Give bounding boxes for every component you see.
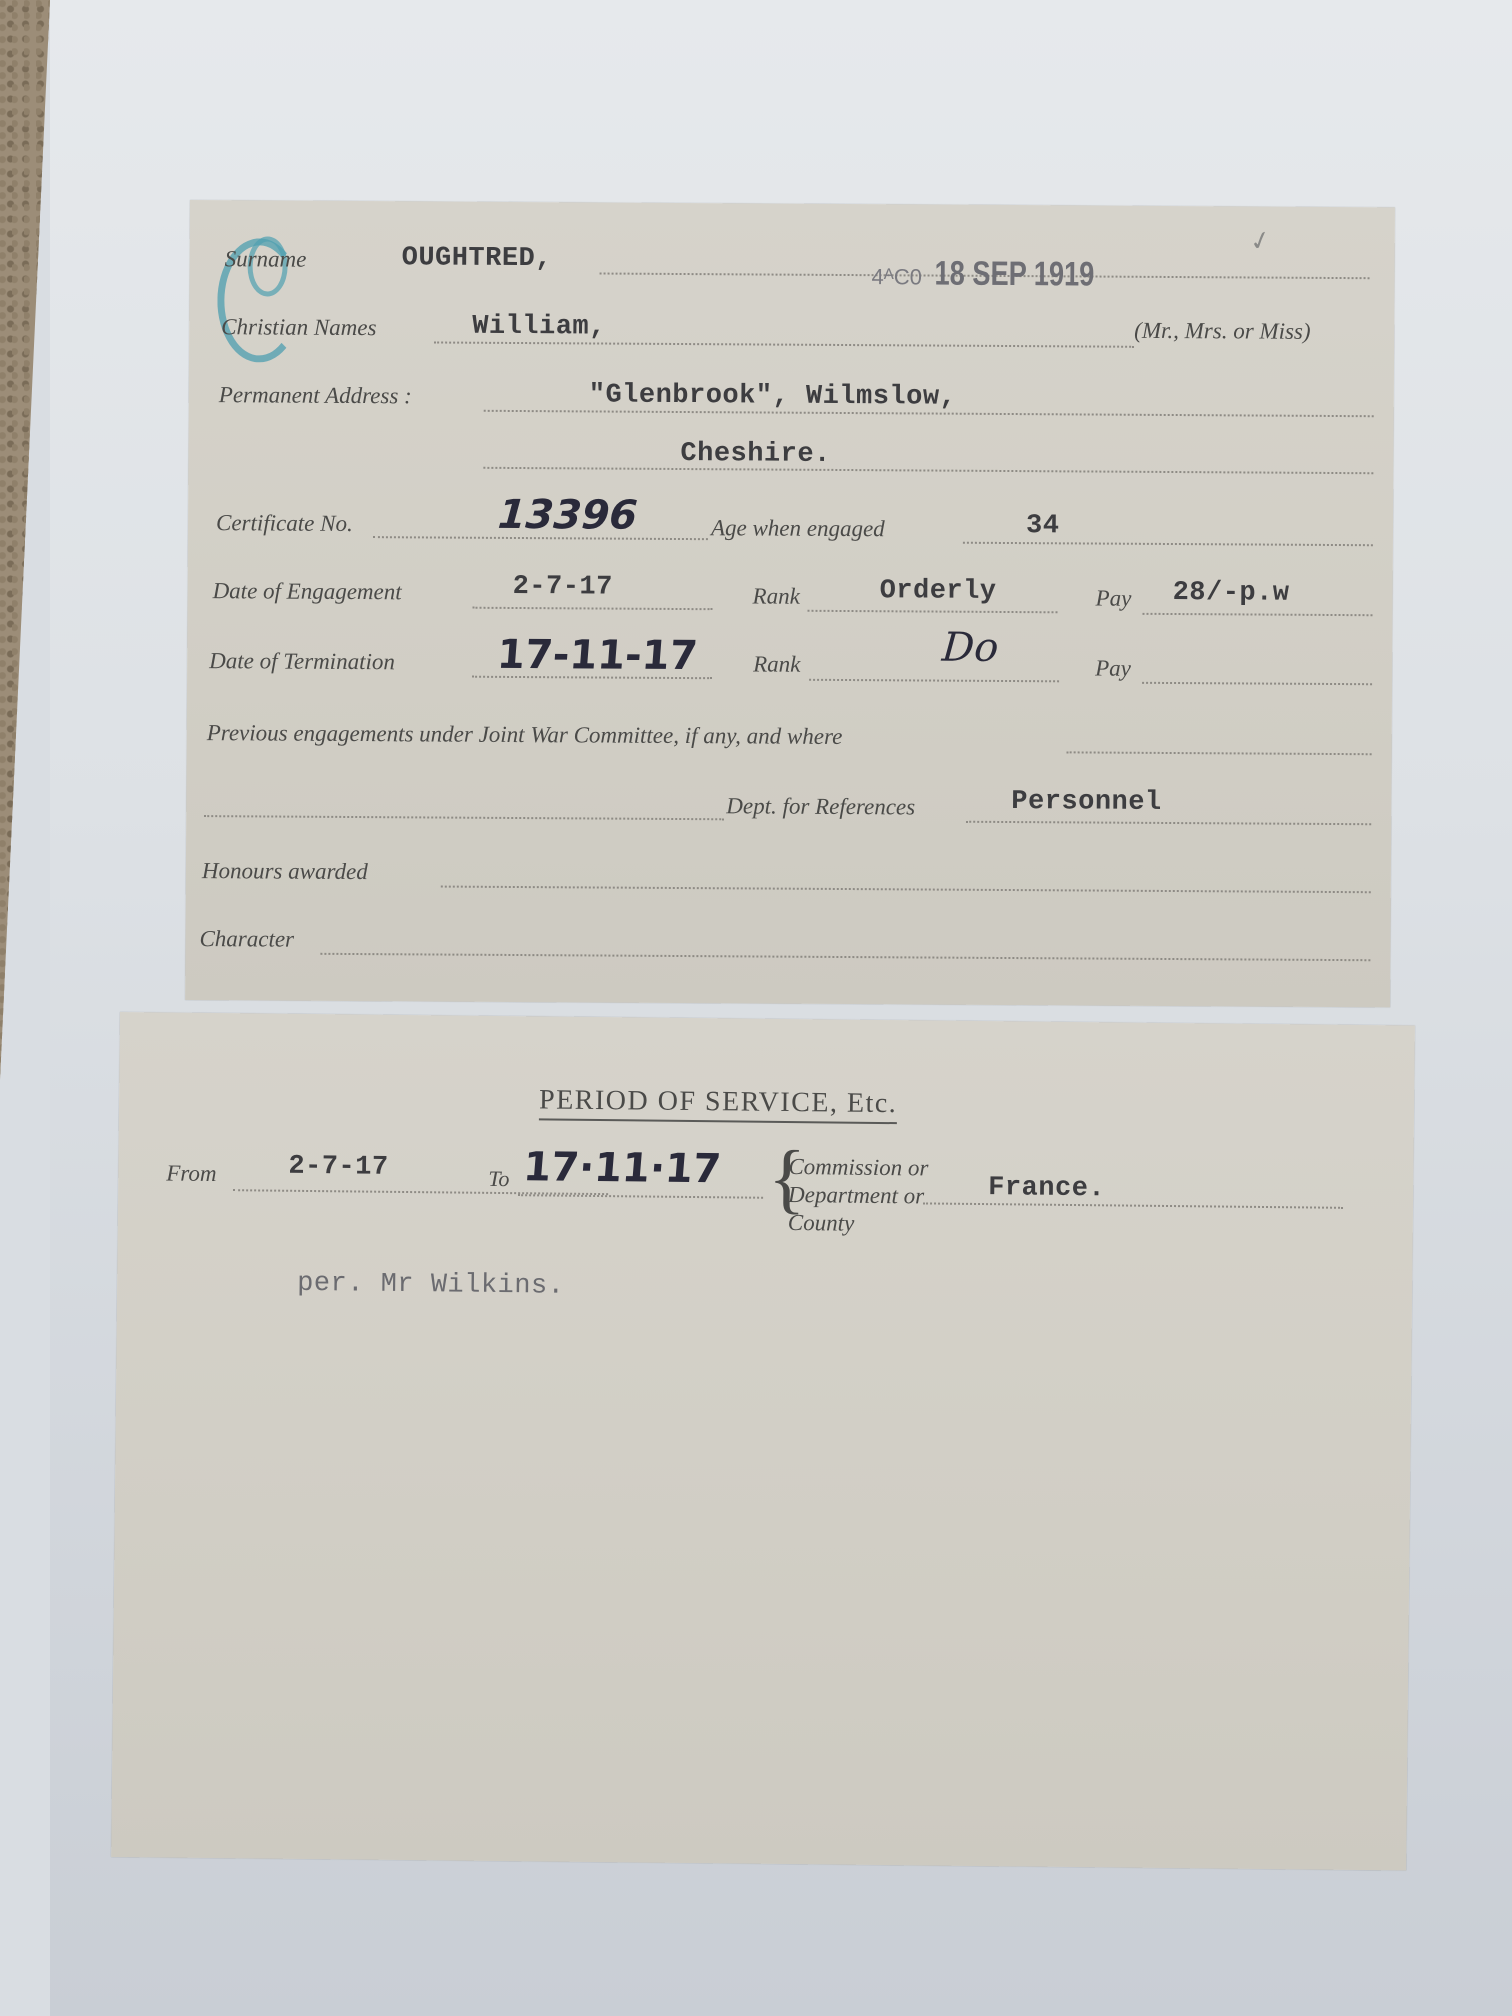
address-line-1: "Glenbrook", Wilmslow,	[589, 380, 957, 412]
engagement-date-dotted-line	[473, 607, 713, 610]
address-dotted-line-2	[483, 467, 1373, 474]
honours-awarded-label: Honours awarded	[202, 858, 368, 885]
from-value: 2-7-17	[288, 1152, 389, 1183]
received-stamp-prefix: 4ᴬC0	[871, 264, 921, 290]
commission-value: France.	[988, 1173, 1105, 1204]
permanent-address-label: Permanent Address :	[219, 382, 412, 409]
carpet-background	[0, 0, 50, 1080]
surname-label: Surname	[225, 246, 307, 272]
commission-dotted-line	[923, 1202, 1343, 1208]
dept-dotted-line	[966, 821, 1371, 825]
engagement-pay-value: 28/-p.w	[1173, 578, 1290, 609]
christian-names-dotted-line	[434, 341, 1134, 347]
to-dotted-line	[518, 1194, 763, 1199]
termination-rank-dotted-line	[809, 679, 1059, 683]
department-label: Department or	[788, 1181, 928, 1210]
certificate-no-label: Certificate No.	[216, 510, 353, 537]
termination-rank-label: Rank	[753, 651, 800, 677]
address-line-2: Cheshire.	[680, 439, 831, 470]
service-note: per. Mr Wilkins.	[297, 1269, 565, 1302]
certificate-no-value: 13396	[496, 492, 639, 539]
commission-label: Commission or	[788, 1153, 928, 1182]
termination-pay-dotted-line	[1142, 682, 1372, 685]
character-dotted-line	[320, 953, 1370, 961]
previous-engagements-dotted-line-1	[1067, 751, 1372, 755]
to-label: To	[488, 1166, 509, 1192]
date-of-engagement-value: 2-7-17	[513, 572, 613, 603]
christian-names-label: Christian Names	[221, 314, 376, 341]
previous-engagements-dotted-line-2	[204, 815, 724, 820]
surname-value: OUGHTRED,	[402, 243, 553, 274]
title-hint: (Mr., Mrs. or Miss)	[1134, 318, 1310, 345]
dept-for-references-value: Personnel	[1011, 787, 1162, 818]
christian-names-value: William,	[472, 312, 606, 343]
engagement-pay-label: Pay	[1096, 586, 1132, 612]
county-label: County	[788, 1209, 928, 1238]
check-mark-icon: ✓	[1246, 224, 1275, 259]
character-label: Character	[199, 926, 294, 953]
personnel-record-card: ✓ Surname OUGHTRED, 4ᴬC0 18 SEP 1919 Chr…	[185, 200, 1395, 1007]
from-label: From	[166, 1160, 217, 1187]
engagement-rank-dotted-line	[807, 610, 1057, 614]
to-value: 17·11·17	[522, 1144, 723, 1192]
engagement-rank-label: Rank	[753, 583, 800, 609]
age-when-engaged-value: 34	[1026, 511, 1060, 541]
date-of-termination-value: 17-11-17	[495, 632, 699, 679]
engagement-rank-value: Orderly	[880, 576, 997, 607]
date-of-engagement-label: Date of Engagement	[213, 578, 402, 605]
termination-pay-label: Pay	[1095, 656, 1131, 682]
period-of-service-heading: PERIOD OF SERVICE, Etc.	[539, 1084, 898, 1124]
previous-engagements-label: Previous engagements under Joint War Com…	[207, 720, 843, 750]
age-when-engaged-label: Age when engaged	[711, 515, 885, 542]
honours-dotted-line	[441, 886, 1371, 894]
received-date-stamp: 18 SEP 1919	[934, 255, 1094, 295]
period-of-service-card: PERIOD OF SERVICE, Etc. From 2-7-17 To 1…	[111, 1012, 1415, 1871]
date-of-termination-label: Date of Termination	[209, 648, 395, 675]
termination-rank-value: Do	[941, 625, 1001, 671]
age-dotted-line	[963, 542, 1373, 547]
commission-department-county-label: Commission or Department or County	[788, 1153, 929, 1238]
dept-for-references-label: Dept. for References	[726, 793, 915, 820]
engagement-pay-dotted-line	[1142, 613, 1372, 616]
